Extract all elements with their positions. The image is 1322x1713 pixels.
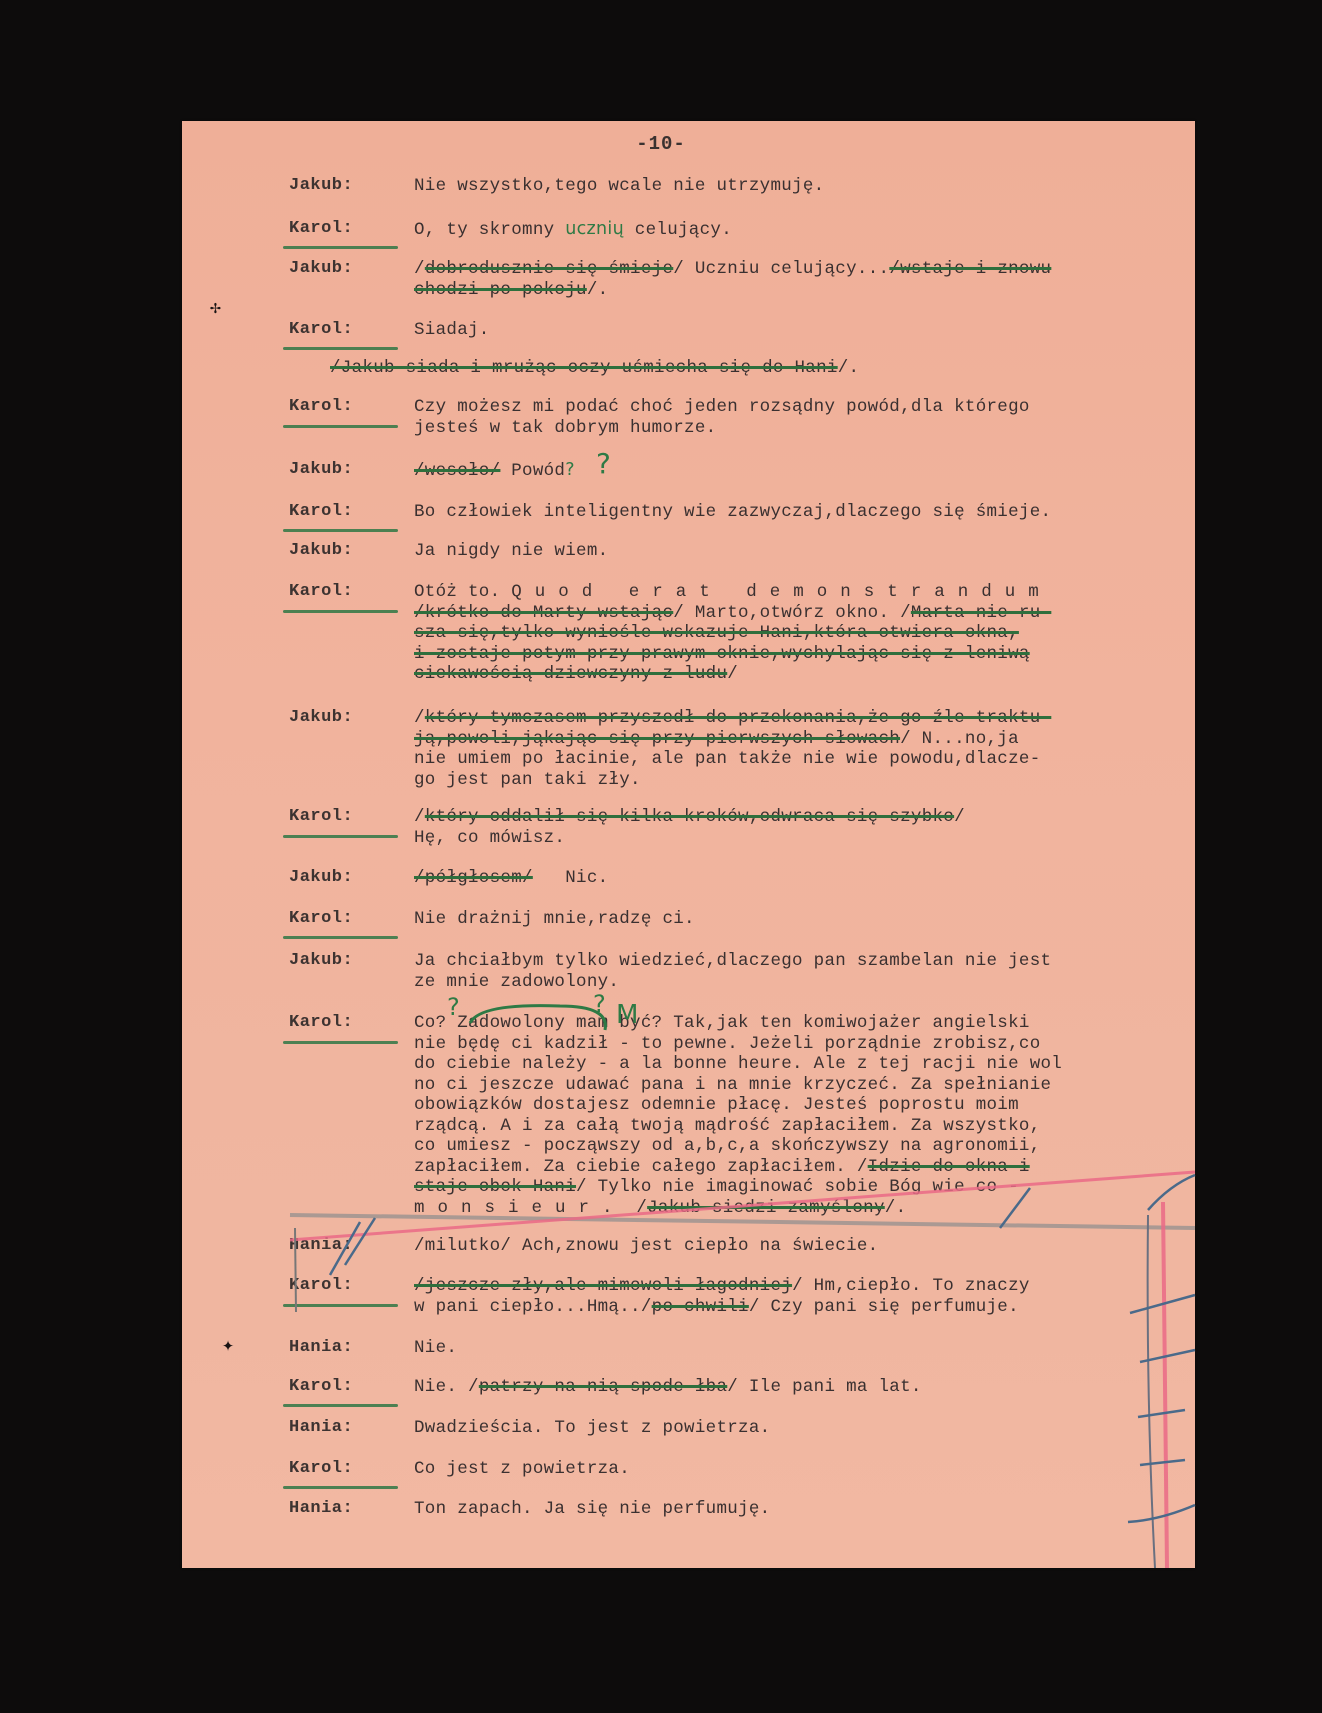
editor-markings — [0, 0, 1322, 1713]
ink-blot: ✦ — [222, 1332, 234, 1358]
ink-blot: ✢ — [210, 297, 221, 319]
